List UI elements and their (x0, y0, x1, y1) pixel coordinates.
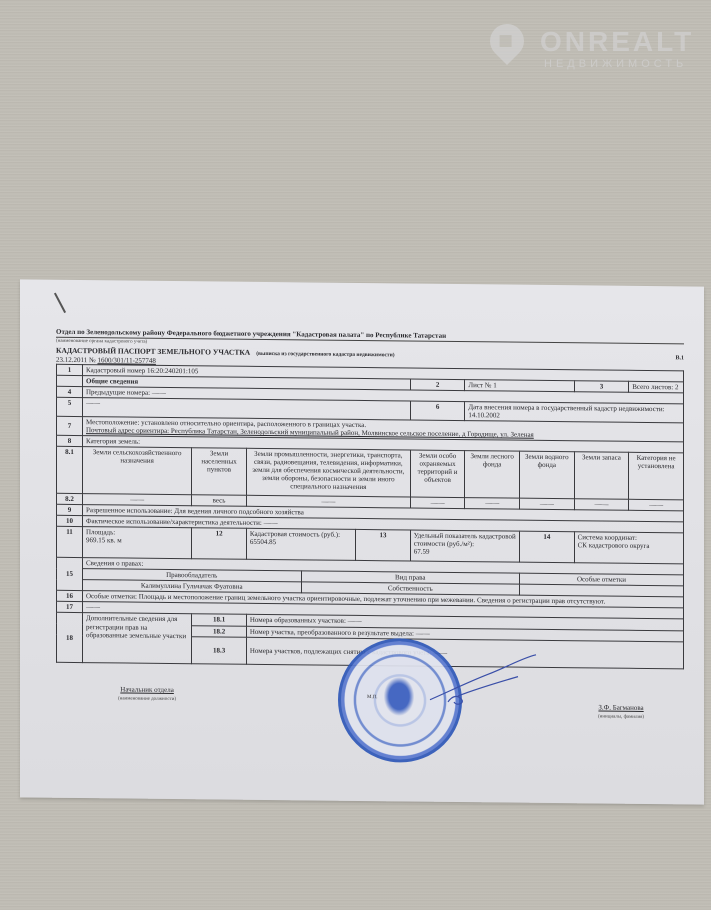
cadastral-passport-sheet: Отдел по Зеленодольскому району Федераль… (20, 279, 704, 804)
total-sheets: Всего листов: 2 (629, 381, 684, 393)
land-category-reserve: Земли запаса (574, 452, 629, 500)
document-body: Отдел по Зеленодольскому району Федераль… (56, 328, 684, 669)
land-category-protected: Земли особо охраняемых территорий и объе… (410, 450, 465, 498)
number-label: № (89, 356, 96, 364)
area: Площадь: 969.15 кв. м (83, 527, 192, 559)
stamp-label: М.П. (367, 695, 378, 700)
land-category-agricultural: Земли сельскохозяйственного назначения (83, 447, 192, 495)
onrealt-watermark: ONREALT НЕДВИЖИМОСТЬ (490, 24, 700, 74)
map-pin-house-icon (483, 17, 531, 65)
land-category-industry: Земли промышленности, энергетики, трансп… (246, 448, 410, 497)
area-value: 969.15 кв. м (86, 536, 188, 545)
land-category-forest: Земли лесного фонда (465, 451, 520, 499)
specific-cadastral-value-amount: 67.59 (414, 548, 516, 557)
watermark-brand: ONREALT (540, 26, 694, 58)
specific-cadastral-value: Удельный показатель кадастровой стоимост… (410, 530, 519, 562)
document-date: 23.12.2011 (56, 355, 87, 363)
document-number: 1600/301/11-257748 (97, 356, 155, 365)
coordinate-system-value: СК кадастрового округа (578, 542, 680, 551)
watermark-subtitle: НЕДВИЖИМОСТЬ (544, 58, 687, 70)
passport-table: 1 Кадастровый номер 16:20:240201:105 Общ… (56, 364, 684, 669)
handwritten-signature (428, 652, 538, 713)
land-category-settlements: Земли населенных пунктов (192, 448, 247, 496)
signatory-position: Начальник отдела (наименование должности… (118, 685, 176, 702)
signatory-name: З.Ф. Багманова (инициалы, фамилия) (598, 703, 644, 719)
land-category-water: Земли водного фонда (520, 451, 575, 499)
registration-date: Дата внесения номера в государственный к… (465, 401, 684, 422)
pen-mark (54, 293, 66, 313)
land-category-value-settlements: весь (192, 495, 247, 507)
table-row: 8.1 Земли сельскохозяйственного назначен… (57, 446, 684, 500)
additional-info-label: Дополнительные сведения для регистрации … (83, 613, 192, 663)
cadastral-value: Кадастровая стоимость (руб.): 65504.85 (246, 529, 355, 561)
coordinate-system: Система координат: СК кадастрового округ… (574, 532, 683, 564)
cadastral-value-amount: 65504.85 (250, 538, 352, 547)
eagle-emblem-icon (381, 673, 417, 719)
sheet-code: В.1 (675, 355, 684, 362)
land-category-unset: Категория не установлена (629, 452, 684, 500)
